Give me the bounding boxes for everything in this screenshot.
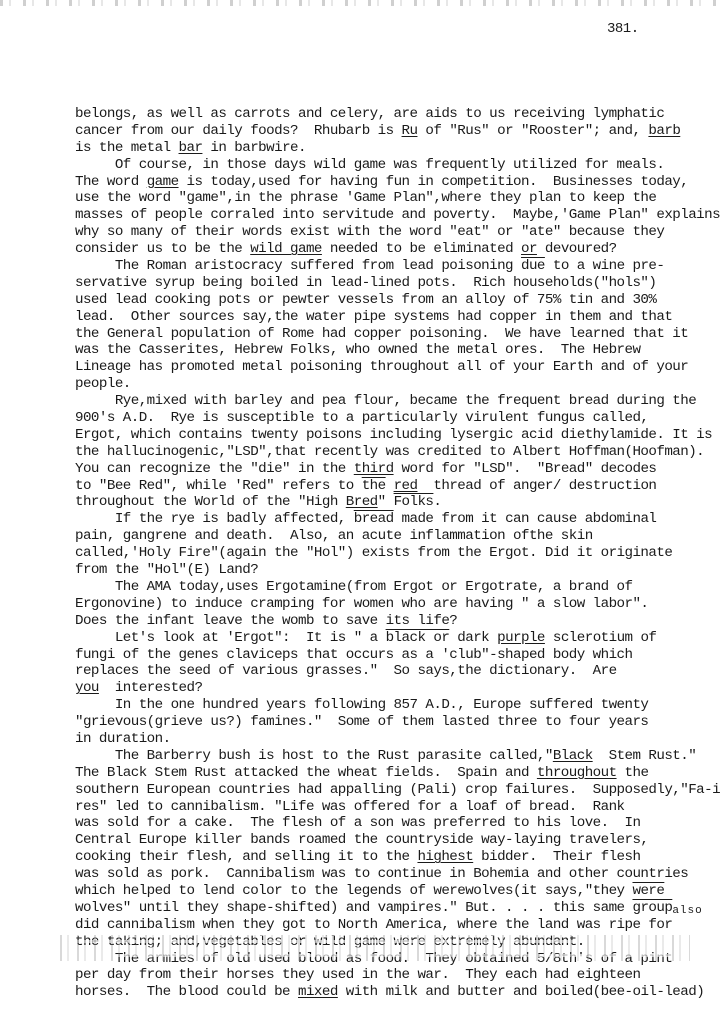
text-line: was sold as pork. Cannibalism was to con…: [75, 866, 720, 883]
text-segment: lead. Other sources say,the water pipe s…: [75, 309, 672, 325]
underlined-word: you: [75, 680, 99, 696]
text-segment: masses of people corraled into servitude…: [75, 207, 720, 223]
overlined-word: were: [632, 883, 664, 899]
text-segment: use the word "game",in the phrase 'Game …: [75, 190, 656, 206]
text-line: did cannibalism when they got to North A…: [75, 917, 720, 934]
text-segment: You can recognize the "die" in the: [75, 461, 354, 477]
underlined-word: Ru: [402, 123, 418, 139]
text-segment: Rye,mixed with barley and pea flour, bec…: [75, 393, 696, 409]
text-line: The word game is today,used for having f…: [75, 174, 720, 191]
text-segment: The Barberry bush is host to the Rust pa…: [75, 748, 553, 764]
text-segment: was the Casserites, Hebrew Folks, who ow…: [75, 342, 640, 358]
text-line: throughout the World of the "High Bred" …: [75, 494, 720, 511]
text-segment: res" led to cannibalism. "Life was offer…: [75, 799, 625, 815]
text-segment: called,'Holy Fire"(again the "Hol") exis…: [75, 545, 672, 561]
text-line: the hallucinogenic,"LSD",that recently w…: [75, 444, 720, 461]
text-line: The Roman aristocracy suffered from lead…: [75, 258, 720, 275]
text-segment: .: [433, 494, 441, 510]
text-line: southern European countries had appallin…: [75, 782, 720, 799]
text-segment: made from it can cause abdominal: [394, 511, 657, 527]
text-segment: in duration.: [75, 731, 171, 747]
underlined-word: barb: [648, 123, 680, 139]
text-line: res" led to cannibalism. "Life was offer…: [75, 799, 720, 816]
text-line: from the "Hol"(E) Land?: [75, 562, 720, 579]
text-segment: per day from their horses they used in t…: [75, 967, 640, 983]
underlined-word: third: [354, 461, 394, 477]
underlined-word: red: [394, 478, 418, 494]
text-segment: consider us to be the: [75, 241, 250, 257]
scan-artifact-bottom: [60, 935, 690, 961]
text-segment: sclerotium of: [545, 630, 657, 646]
text-segment: cancer from our daily foods? Rhubarb is: [75, 123, 402, 139]
text-line: per day from their horses they used in t…: [75, 967, 720, 984]
underlined-word: game: [147, 174, 179, 190]
text-segment: also: [672, 905, 702, 917]
text-line: Ergot, which contains twenty poisons inc…: [75, 427, 720, 444]
text-line: The AMA today,uses Ergotamine(from Ergot…: [75, 579, 720, 596]
underlined-word: Black: [553, 748, 593, 764]
text-segment: used lead cooking pots or pewter vessels…: [75, 292, 656, 308]
text-segment: to a wine pre-: [545, 258, 664, 274]
text-line: pain, gangrene and death. Also, an acute…: [75, 528, 720, 545]
text-segment: wolves" until they shape-shifted) and va…: [75, 900, 632, 916]
text-segment: which helped to lend color to the legend…: [75, 883, 632, 899]
text-line: Of course, in those days wild game was f…: [75, 157, 720, 174]
text-segment: The Black Stem Rust attacked the wheat f…: [75, 765, 537, 781]
underlined-word: mixed: [298, 984, 338, 1000]
text-line: cancer from our daily foods? Rhubarb is …: [75, 123, 720, 140]
text-segment: Stem Rust.": [593, 748, 697, 764]
text-segment: the: [617, 765, 649, 781]
text-segment: of "Rus" or "Rooster"; and,: [417, 123, 648, 139]
text-line: which helped to lend color to the legend…: [75, 883, 720, 900]
scan-artifact-top: [0, 0, 720, 6]
text-segment: In the one hundred years following 857 A…: [75, 697, 648, 713]
text-segment: the General population of Rome had coppe…: [75, 326, 688, 342]
text-line: to "Bee Red", while 'Red" refers to the …: [75, 478, 720, 495]
text-segment: with milk and butter and boiled(bee-oil-…: [338, 984, 704, 1000]
text-line: Let's look at 'Ergot": It is " a black o…: [75, 630, 720, 647]
text-segment: fungi of the genes claviceps that occurs…: [75, 647, 632, 663]
overlined-word: bread: [354, 511, 394, 527]
text-segment: "grievous(grieve us?) famines." Some of …: [75, 714, 648, 730]
text-segment: is today,used for having fun in competit…: [179, 174, 689, 190]
text-segment: ": [378, 494, 394, 510]
page-number: 381.: [607, 21, 639, 37]
text-segment: needed to be eliminated: [322, 241, 521, 257]
text-segment: to "Bee Red", while 'Red" refers to: [75, 478, 362, 494]
text-segment: did cannibalism when they got to North A…: [75, 917, 672, 933]
text-line: used lead cooking pots or pewter vessels…: [75, 292, 720, 309]
text-segment: was sold as pork. Cannibalism was to con…: [75, 866, 688, 882]
text-line: servative syrup being boiled in lead-lin…: [75, 275, 720, 292]
text-segment: Ergonovine) to induce cramping for women…: [75, 596, 648, 612]
text-line: The Black Stem Rust attacked the wheat f…: [75, 765, 720, 782]
text-segment: Of course, in those days wild game was f…: [75, 157, 664, 173]
text-segment: thread of anger/ destruction: [417, 478, 656, 494]
text-segment: horses. The blood could be: [75, 984, 298, 1000]
text-line: called,'Holy Fire"(again the "Hol") exis…: [75, 545, 720, 562]
text-line: You can recognize the "die" in the third…: [75, 461, 720, 478]
text-line: consider us to be the wild game needed t…: [75, 241, 720, 258]
underlined-word: Bred: [346, 494, 378, 510]
underlined-word: highest: [417, 849, 473, 865]
text-segment: Does the infant leave the womb to save i…: [75, 613, 457, 629]
text-line: The Barberry bush is host to the Rust pa…: [75, 748, 720, 765]
body-text: belongs, as well as carrots and celery, …: [75, 106, 720, 1001]
text-segment: Lineage has promoted metal poisoning thr…: [75, 359, 688, 375]
text-line: belongs, as well as carrots and celery, …: [75, 106, 720, 123]
underlined-word: or: [521, 241, 537, 257]
text-segment: pain, gangrene and death. Also, an acute…: [75, 528, 593, 544]
text-segment: was sold for a cake. The flesh of a son …: [75, 815, 640, 831]
text-segment: people.: [75, 376, 131, 392]
text-segment: If the rye is badly affected,: [75, 511, 354, 527]
text-line: you interested?: [75, 680, 720, 697]
text-segment: [386, 478, 394, 494]
text-segment: replaces the seed of various grasses." S…: [75, 663, 617, 679]
text-line: masses of people corraled into servitude…: [75, 207, 720, 224]
text-line: in duration.: [75, 731, 720, 748]
text-line: lead. Other sources say,the water pipe s…: [75, 309, 720, 326]
text-segment: in barbwire.: [202, 140, 306, 156]
text-segment: The word: [75, 174, 147, 190]
text-segment: 900's A.D. Rye is susceptible to a parti…: [75, 410, 648, 426]
underlined-word: wild game: [250, 241, 322, 257]
text-line: why so many of their words exist with th…: [75, 224, 720, 241]
text-segment: Central Europe killer bands roamed the c…: [75, 832, 648, 848]
text-line: the General population of Rome had coppe…: [75, 326, 720, 343]
text-line: wolves" until they shape-shifted) and va…: [75, 900, 720, 917]
text-line: Rye,mixed with barley and pea flour, bec…: [75, 393, 720, 410]
text-line: "grievous(grieve us?) famines." Some of …: [75, 714, 720, 731]
text-segment: from the "Hol"(E) Land?: [75, 562, 258, 578]
text-line: If the rye is badly affected, bread made…: [75, 511, 720, 528]
text-segment: Let's look at 'Ergot": It is " a: [75, 630, 386, 646]
text-line: people.: [75, 376, 720, 393]
text-segment: cooking their flesh, and selling it to t…: [75, 849, 417, 865]
text-segment: why so many of their words exist with th…: [75, 224, 664, 240]
underlined-word: bar: [179, 140, 203, 156]
text-line: horses. The blood could be mixed with mi…: [75, 984, 720, 1001]
text-segment: word for "LSD". "Bread" decodes: [394, 461, 657, 477]
text-line: Ergonovine) to induce cramping for women…: [75, 596, 720, 613]
text-line: In the one hundred years following 857 A…: [75, 697, 720, 714]
text-line: replaces the seed of various grasses." S…: [75, 663, 720, 680]
text-line: 900's A.D. Rye is susceptible to a parti…: [75, 410, 720, 427]
text-segment: bidder. Their flesh: [473, 849, 640, 865]
text-line: is the metal bar in barbwire.: [75, 140, 720, 157]
text-segment: dark: [449, 630, 497, 646]
overlined-word: black or: [386, 630, 450, 646]
text-segment: The AMA today,uses Ergotamine(from Ergot…: [75, 579, 632, 595]
overlined-word: Folks: [394, 494, 434, 510]
text-segment: devoured?: [537, 241, 617, 257]
text-segment: the hallucinogenic,"LSD",that recently w…: [75, 444, 704, 460]
text-line: cooking their flesh, and selling it to t…: [75, 849, 720, 866]
text-segment: Ergot, which contains twenty poisons inc…: [75, 427, 712, 443]
text-segment: servative syrup being boiled in lead-lin…: [75, 275, 656, 291]
text-line: was the Casserites, Hebrew Folks, who ow…: [75, 342, 720, 359]
text-segment: interested?: [99, 680, 203, 696]
text-segment: throughout the World of the "High: [75, 494, 346, 510]
overlined-word: group: [632, 900, 672, 916]
text-line: Does the infant leave the womb to save i…: [75, 613, 720, 630]
overlined-word: due: [521, 258, 545, 274]
text-line: fungi of the genes claviceps that occurs…: [75, 647, 720, 664]
text-segment: southern European countries had appallin…: [75, 782, 720, 798]
text-segment: The Roman aristocracy suffered from lead…: [75, 258, 521, 274]
underlined-word: throughout: [537, 765, 617, 781]
text-line: was sold for a cake. The flesh of a son …: [75, 815, 720, 832]
text-line: Central Europe killer bands roamed the c…: [75, 832, 720, 849]
underlined-word: purple: [497, 630, 545, 646]
text-line: Lineage has promoted metal poisoning thr…: [75, 359, 720, 376]
text-line: use the word "game",in the phrase 'Game …: [75, 190, 720, 207]
text-segment: is the metal: [75, 140, 179, 156]
overlined-word: the: [362, 478, 386, 494]
text-segment: belongs, as well as carrots and celery, …: [75, 106, 664, 122]
